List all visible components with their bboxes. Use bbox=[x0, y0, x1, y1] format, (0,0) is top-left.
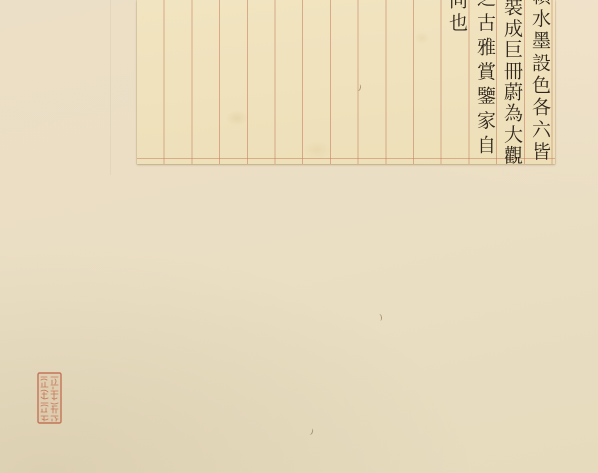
inscription-paper: 幀水墨設色各六皆 裝成巨冊蔚為大觀 之古雅賞鑒家自 同也 bbox=[137, 0, 555, 164]
calligraphy-column-1: 幀水墨設色各六皆 bbox=[526, 0, 553, 164]
collector-seal-stamp bbox=[37, 372, 62, 424]
album-leaf-photo: 幀水墨設色各六皆 裝成巨冊蔚為大觀 之古雅賞鑒家自 同也 bbox=[0, 0, 598, 473]
silk-fiber-speck bbox=[377, 314, 383, 322]
silk-fiber-speck bbox=[307, 427, 314, 435]
calligraphy-column-4: 同也 bbox=[443, 0, 470, 35]
calligraphy-column-2: 裝成巨冊蔚為大觀 bbox=[498, 0, 525, 164]
silk-crease bbox=[110, 0, 111, 175]
seal-impression-graphic bbox=[37, 372, 62, 424]
calligraphy-column-3: 之古雅賞鑒家自 bbox=[471, 0, 498, 160]
